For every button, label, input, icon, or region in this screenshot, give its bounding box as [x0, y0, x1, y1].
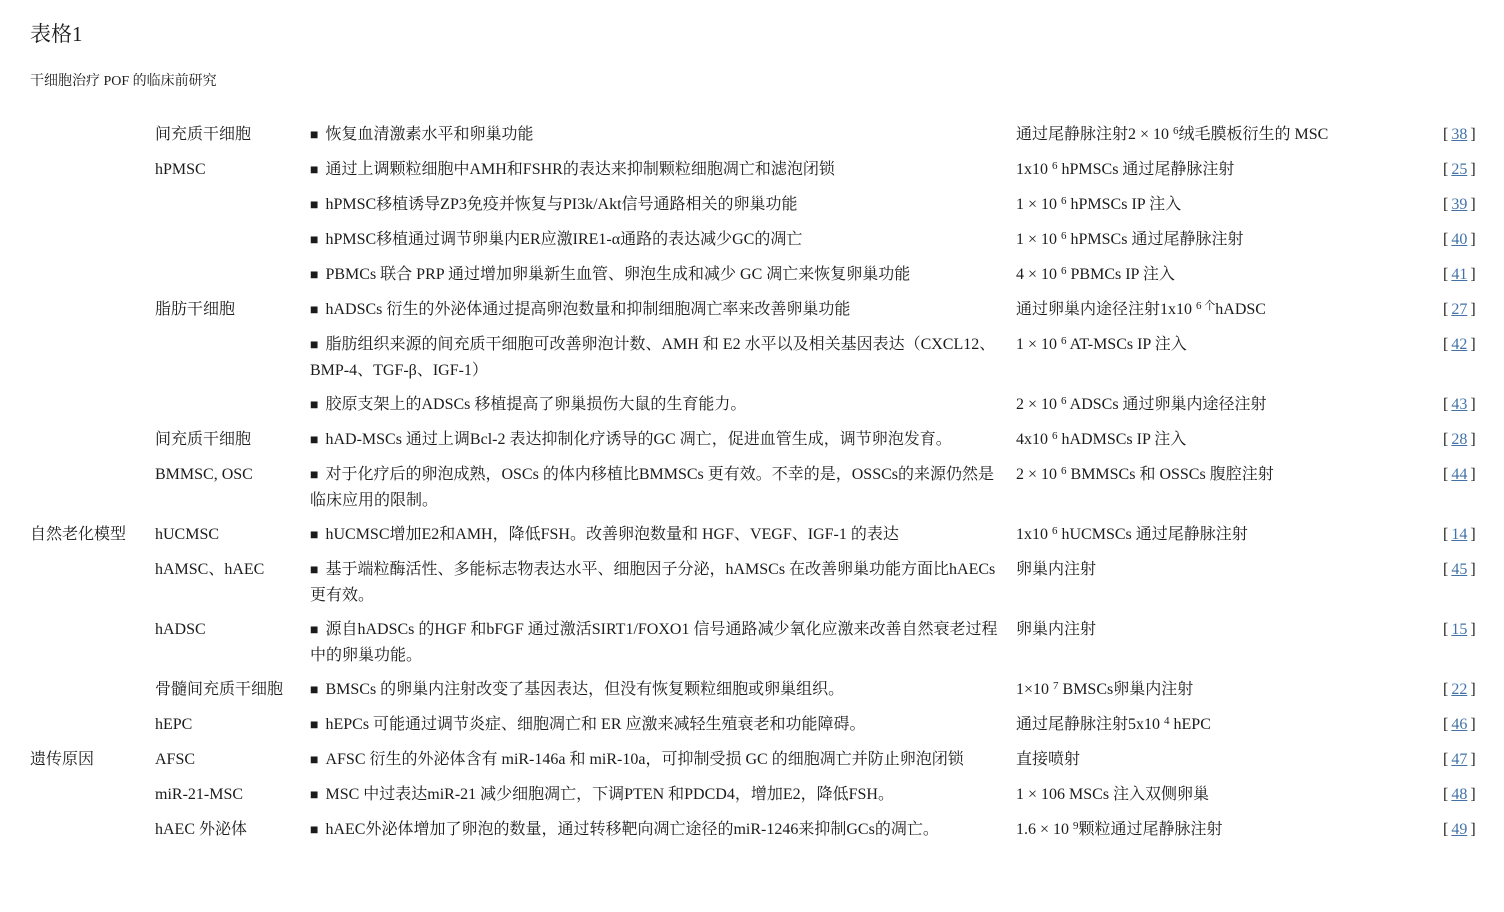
- finding-cell: ■源自hADSCs 的HGF 和bFGF 通过激活SIRT1/FOXO1 信号通…: [310, 617, 1016, 668]
- cell-type-cell: hEPC: [155, 712, 310, 737]
- reference-link[interactable]: 25: [1451, 161, 1467, 178]
- reference-close-bracket: ]: [1470, 466, 1475, 483]
- finding-cell: ■AFSC 衍生的外泌体含有 miR-146a 和 miR-10a，可抑制受损 …: [310, 747, 1016, 773]
- category-cell: [30, 427, 155, 452]
- reference-open-bracket: [: [1443, 431, 1448, 448]
- reference-cell: [47]: [1443, 747, 1504, 772]
- dosage-cell: 4 × 10 6 PBMCs IP 注入: [1016, 262, 1443, 287]
- table-row: 遗传原因 AFSC ■AFSC 衍生的外泌体含有 miR-146a 和 miR-…: [30, 747, 1504, 773]
- dosage-cell: 2 × 10 6 ADSCs 通过卵巢内途径注射: [1016, 392, 1443, 417]
- cell-type-cell: 脂肪干细胞: [155, 297, 310, 322]
- dosage-cell: 4x10 6 hADMSCs IP 注入: [1016, 427, 1443, 452]
- reference-open-bracket: [: [1443, 621, 1448, 638]
- reference-open-bracket: [: [1443, 266, 1448, 283]
- dosage-cell: 2 × 10 6 BMMSCs 和 OSSCs 腹腔注射: [1016, 462, 1443, 487]
- bullet-square-icon: ■: [310, 163, 318, 178]
- reference-cell: [25]: [1443, 157, 1504, 182]
- cell-type-cell: miR-21-MSC: [155, 782, 310, 807]
- category-cell: [30, 332, 155, 357]
- reference-link[interactable]: 48: [1451, 786, 1467, 803]
- finding-text: MSC 中过表达miR-21 减少细胞凋亡，下调PTEN 和PDCD4，增加E2…: [325, 786, 894, 803]
- bullet-square-icon: ■: [310, 528, 318, 543]
- table-row: BMMSC, OSC ■对于化疗后的卵泡成熟，OSCs 的体内移植比BMMSCs…: [30, 462, 1504, 513]
- reference-open-bracket: [: [1443, 196, 1448, 213]
- finding-text: hPMSC移植通过调节卵巢内ER应激IRE1-α通路的表达减少GC的凋亡: [325, 231, 802, 248]
- category-cell: [30, 392, 155, 417]
- bullet-square-icon: ■: [310, 433, 318, 448]
- bullet-square-icon: ■: [310, 718, 318, 733]
- reference-link[interactable]: 44: [1451, 466, 1467, 483]
- table-row: ■hPMSC移植诱导ZP3免疫并恢复与PI3k/Akt信号通路相关的卵巢功能 1…: [30, 192, 1504, 218]
- reference-cell: [14]: [1443, 522, 1504, 547]
- bullet-square-icon: ■: [310, 563, 318, 578]
- reference-cell: [48]: [1443, 782, 1504, 807]
- reference-close-bracket: ]: [1470, 751, 1475, 768]
- reference-close-bracket: ]: [1470, 301, 1475, 318]
- reference-cell: [38]: [1443, 122, 1504, 147]
- category-cell: [30, 817, 155, 842]
- table-row: hPMSC ■通过上调颗粒细胞中AMH和FSHR的表达来抑制颗粒细胞凋亡和滤泡闭…: [30, 157, 1504, 183]
- finding-cell: ■BMSCs 的卵巢内注射改变了基因表达，但没有恢复颗粒细胞或卵巢组织。: [310, 677, 1016, 703]
- bullet-square-icon: ■: [310, 268, 318, 283]
- reference-open-bracket: [: [1443, 786, 1448, 803]
- table-row: 间充质干细胞 ■hAD-MSCs 通过上调Bcl-2 表达抑制化疗诱导的GC 凋…: [30, 427, 1504, 453]
- reference-cell: [44]: [1443, 462, 1504, 487]
- reference-cell: [40]: [1443, 227, 1504, 252]
- finding-cell: ■基于端粒酶活性、多能标志物表达水平、细胞因子分泌，hAMSCs 在改善卵巢功能…: [310, 557, 1016, 608]
- finding-text: PBMCs 联合 PRP 通过增加卵巢新生血管、卵泡生成和减少 GC 凋亡来恢复…: [325, 266, 910, 283]
- category-cell: [30, 227, 155, 252]
- cell-type-cell: hADSC: [155, 617, 310, 642]
- finding-cell: ■MSC 中过表达miR-21 减少细胞凋亡，下调PTEN 和PDCD4，增加E…: [310, 782, 1016, 808]
- reference-link[interactable]: 40: [1451, 231, 1467, 248]
- table-row: 脂肪干细胞 ■hADSCs 衍生的外泌体通过提高卵泡数量和抑制细胞凋亡率来改善卵…: [30, 297, 1504, 323]
- reference-close-bracket: ]: [1470, 526, 1475, 543]
- category-cell: [30, 157, 155, 182]
- finding-cell: ■hAD-MSCs 通过上调Bcl-2 表达抑制化疗诱导的GC 凋亡，促进血管生…: [310, 427, 1016, 453]
- finding-text: 胶原支架上的ADSCs 移植提高了卵巢损伤大鼠的生育能力。: [325, 396, 746, 413]
- reference-close-bracket: ]: [1470, 561, 1475, 578]
- reference-cell: [39]: [1443, 192, 1504, 217]
- reference-close-bracket: ]: [1470, 716, 1475, 733]
- dosage-cell: 1x10 6 hPMSCs 通过尾静脉注射: [1016, 157, 1443, 182]
- dosage-cell: 1×10 7 BMSCs卵巢内注射: [1016, 677, 1443, 702]
- reference-link[interactable]: 49: [1451, 821, 1467, 838]
- bullet-square-icon: ■: [310, 233, 318, 248]
- reference-close-bracket: ]: [1470, 196, 1475, 213]
- dosage-cell: 直接喷射: [1016, 747, 1443, 772]
- reference-close-bracket: ]: [1470, 336, 1475, 353]
- cell-type-cell: [155, 192, 310, 217]
- reference-close-bracket: ]: [1470, 161, 1475, 178]
- cell-type-cell: 间充质干细胞: [155, 427, 310, 452]
- reference-open-bracket: [: [1443, 681, 1448, 698]
- finding-text: 基于端粒酶活性、多能标志物表达水平、细胞因子分泌，hAMSCs 在改善卵巢功能方…: [310, 561, 995, 604]
- reference-link[interactable]: 43: [1451, 396, 1467, 413]
- finding-cell: ■hAEC外泌体增加了卵泡的数量，通过转移靶向凋亡途径的miR-1246来抑制G…: [310, 817, 1016, 843]
- table-caption: 干细胞治疗 POF 的临床前研究: [30, 73, 1504, 91]
- finding-cell: ■胶原支架上的ADSCs 移植提高了卵巢损伤大鼠的生育能力。: [310, 392, 1016, 418]
- bullet-square-icon: ■: [310, 338, 318, 353]
- dosage-cell: 1 × 10 6 AT-MSCs IP 注入: [1016, 332, 1443, 357]
- table-row: hAMSC、hAEC ■基于端粒酶活性、多能标志物表达水平、细胞因子分泌，hAM…: [30, 557, 1504, 608]
- reference-close-bracket: ]: [1470, 821, 1475, 838]
- reference-link[interactable]: 15: [1451, 621, 1467, 638]
- reference-link[interactable]: 28: [1451, 431, 1467, 448]
- finding-text: 通过上调颗粒细胞中AMH和FSHR的表达来抑制颗粒细胞凋亡和滤泡闭锁: [325, 161, 834, 178]
- reference-link[interactable]: 45: [1451, 561, 1467, 578]
- reference-link[interactable]: 22: [1451, 681, 1467, 698]
- reference-cell: [42]: [1443, 332, 1504, 357]
- finding-cell: ■hPMSC移植通过调节卵巢内ER应激IRE1-α通路的表达减少GC的凋亡: [310, 227, 1016, 253]
- finding-cell: ■通过上调颗粒细胞中AMH和FSHR的表达来抑制颗粒细胞凋亡和滤泡闭锁: [310, 157, 1016, 183]
- table-row: hAEC 外泌体 ■hAEC外泌体增加了卵泡的数量，通过转移靶向凋亡途径的miR…: [30, 817, 1504, 843]
- bullet-square-icon: ■: [310, 753, 318, 768]
- finding-text: hEPCs 可能通过调节炎症、细胞凋亡和 ER 应激来减轻生殖衰老和功能障碍。: [325, 716, 865, 733]
- reference-close-bracket: ]: [1470, 266, 1475, 283]
- preclinical-table: 间充质干细胞 ■恢复血清激素水平和卵巢功能 通过尾静脉注射2 × 10 6绒毛膜…: [30, 122, 1504, 843]
- cell-type-cell: 间充质干细胞: [155, 122, 310, 147]
- table-title: 表格1: [30, 20, 1504, 48]
- reference-cell: [22]: [1443, 677, 1504, 702]
- cell-type-cell: AFSC: [155, 747, 310, 772]
- reference-open-bracket: [: [1443, 561, 1448, 578]
- finding-text: hPMSC移植诱导ZP3免疫并恢复与PI3k/Akt信号通路相关的卵巢功能: [325, 196, 797, 213]
- cell-type-cell: hPMSC: [155, 157, 310, 182]
- cell-type-cell: 骨髓间充质干细胞: [155, 677, 310, 702]
- bullet-square-icon: ■: [310, 128, 318, 143]
- cell-type-cell: hUCMSC: [155, 522, 310, 547]
- reference-open-bracket: [: [1443, 526, 1448, 543]
- reference-cell: [28]: [1443, 427, 1504, 452]
- dosage-cell: 通过尾静脉注射5x10 4 hEPC: [1016, 712, 1443, 737]
- reference-link[interactable]: 27: [1451, 301, 1467, 318]
- category-cell: [30, 192, 155, 217]
- table-row: 间充质干细胞 ■恢复血清激素水平和卵巢功能 通过尾静脉注射2 × 10 6绒毛膜…: [30, 122, 1504, 148]
- reference-link[interactable]: 47: [1451, 751, 1467, 768]
- finding-text: 脂肪组织来源的间充质干细胞可改善卵泡计数、AMH 和 E2 水平以及相关基因表达…: [310, 336, 995, 379]
- category-cell: 自然老化模型: [30, 522, 155, 547]
- category-cell: [30, 262, 155, 287]
- cell-type-cell: BMMSC, OSC: [155, 462, 310, 487]
- cell-type-cell: hAEC 外泌体: [155, 817, 310, 842]
- bullet-square-icon: ■: [310, 788, 318, 803]
- reference-link[interactable]: 39: [1451, 196, 1467, 213]
- reference-cell: [41]: [1443, 262, 1504, 287]
- dosage-cell: 1.6 × 10 9颗粒通过尾静脉注射: [1016, 817, 1443, 842]
- table-row: 骨髓间充质干细胞 ■BMSCs 的卵巢内注射改变了基因表达，但没有恢复颗粒细胞或…: [30, 677, 1504, 703]
- cell-type-cell: [155, 392, 310, 417]
- reference-close-bracket: ]: [1470, 126, 1475, 143]
- reference-cell: [46]: [1443, 712, 1504, 737]
- reference-open-bracket: [: [1443, 716, 1448, 733]
- bullet-square-icon: ■: [310, 823, 318, 838]
- paper-page: 表格1 干细胞治疗 POF 的临床前研究 间充质干细胞 ■恢复血清激素水平和卵巢…: [0, 0, 1504, 912]
- reference-cell: [45]: [1443, 557, 1504, 582]
- reference-link[interactable]: 14: [1451, 526, 1467, 543]
- finding-text: 对于化疗后的卵泡成熟，OSCs 的体内移植比BMMSCs 更有效。不幸的是，OS…: [310, 466, 994, 509]
- reference-open-bracket: [: [1443, 751, 1448, 768]
- dosage-cell: 通过卵巢内途径注射1x10 6 个hADSC: [1016, 297, 1443, 322]
- category-cell: [30, 557, 155, 582]
- reference-open-bracket: [: [1443, 161, 1448, 178]
- dosage-cell: 卵巢内注射: [1016, 617, 1443, 642]
- cell-type-cell: [155, 262, 310, 287]
- finding-text: BMSCs 的卵巢内注射改变了基因表达，但没有恢复颗粒细胞或卵巢组织。: [325, 681, 844, 698]
- category-cell: [30, 677, 155, 702]
- finding-cell: ■hEPCs 可能通过调节炎症、细胞凋亡和 ER 应激来减轻生殖衰老和功能障碍。: [310, 712, 1016, 738]
- table-row: miR-21-MSC ■MSC 中过表达miR-21 减少细胞凋亡，下调PTEN…: [30, 782, 1504, 808]
- dosage-cell: 卵巢内注射: [1016, 557, 1443, 582]
- finding-cell: ■PBMCs 联合 PRP 通过增加卵巢新生血管、卵泡生成和减少 GC 凋亡来恢…: [310, 262, 1016, 288]
- reference-close-bracket: ]: [1470, 786, 1475, 803]
- reference-cell: [43]: [1443, 392, 1504, 417]
- finding-cell: ■脂肪组织来源的间充质干细胞可改善卵泡计数、AMH 和 E2 水平以及相关基因表…: [310, 332, 1016, 383]
- reference-open-bracket: [: [1443, 396, 1448, 413]
- category-cell: [30, 617, 155, 642]
- category-cell: [30, 462, 155, 487]
- reference-cell: [49]: [1443, 817, 1504, 842]
- reference-link[interactable]: 38: [1451, 126, 1467, 143]
- finding-text: hAEC外泌体增加了卵泡的数量，通过转移靶向凋亡途径的miR-1246来抑制GC…: [325, 821, 938, 838]
- bullet-square-icon: ■: [310, 198, 318, 213]
- reference-close-bracket: ]: [1470, 621, 1475, 638]
- reference-open-bracket: [: [1443, 821, 1448, 838]
- reference-open-bracket: [: [1443, 126, 1448, 143]
- bullet-square-icon: ■: [310, 623, 318, 638]
- reference-link[interactable]: 42: [1451, 336, 1467, 353]
- reference-link[interactable]: 41: [1451, 266, 1467, 283]
- table-row: ■脂肪组织来源的间充质干细胞可改善卵泡计数、AMH 和 E2 水平以及相关基因表…: [30, 332, 1504, 383]
- finding-cell: ■对于化疗后的卵泡成熟，OSCs 的体内移植比BMMSCs 更有效。不幸的是，O…: [310, 462, 1016, 513]
- finding-cell: ■恢复血清激素水平和卵巢功能: [310, 122, 1016, 148]
- table-row: ■胶原支架上的ADSCs 移植提高了卵巢损伤大鼠的生育能力。 2 × 10 6 …: [30, 392, 1504, 418]
- finding-text: 恢复血清激素水平和卵巢功能: [325, 126, 533, 143]
- finding-text: 源自hADSCs 的HGF 和bFGF 通过激活SIRT1/FOXO1 信号通路…: [310, 621, 997, 664]
- table-row: hEPC ■hEPCs 可能通过调节炎症、细胞凋亡和 ER 应激来减轻生殖衰老和…: [30, 712, 1504, 738]
- cell-type-cell: [155, 332, 310, 357]
- dosage-cell: 1x10 6 hUCMSCs 通过尾静脉注射: [1016, 522, 1443, 547]
- category-cell: [30, 297, 155, 322]
- reference-cell: [15]: [1443, 617, 1504, 642]
- finding-text: hAD-MSCs 通过上调Bcl-2 表达抑制化疗诱导的GC 凋亡，促进血管生成…: [325, 431, 951, 448]
- finding-text: hUCMSC增加E2和AMH，降低FSH。改善卵泡数量和 HGF、VEGF、IG…: [325, 526, 898, 543]
- dosage-cell: 1 × 10 6 hPMSCs 通过尾静脉注射: [1016, 227, 1443, 252]
- reference-open-bracket: [: [1443, 466, 1448, 483]
- reference-open-bracket: [: [1443, 336, 1448, 353]
- reference-link[interactable]: 46: [1451, 716, 1467, 733]
- bullet-square-icon: ■: [310, 468, 318, 483]
- table-row: 自然老化模型 hUCMSC ■hUCMSC增加E2和AMH，降低FSH。改善卵泡…: [30, 522, 1504, 548]
- finding-cell: ■hPMSC移植诱导ZP3免疫并恢复与PI3k/Akt信号通路相关的卵巢功能: [310, 192, 1016, 218]
- bullet-square-icon: ■: [310, 398, 318, 413]
- category-cell: [30, 122, 155, 147]
- finding-cell: ■hUCMSC增加E2和AMH，降低FSH。改善卵泡数量和 HGF、VEGF、I…: [310, 522, 1016, 548]
- dosage-cell: 通过尾静脉注射2 × 10 6绒毛膜板衍生的 MSC: [1016, 122, 1443, 147]
- reference-open-bracket: [: [1443, 231, 1448, 248]
- category-cell: [30, 712, 155, 737]
- finding-cell: ■hADSCs 衍生的外泌体通过提高卵泡数量和抑制细胞凋亡率来改善卵巢功能: [310, 297, 1016, 323]
- reference-close-bracket: ]: [1470, 431, 1475, 448]
- cell-type-cell: hAMSC、hAEC: [155, 557, 310, 582]
- dosage-cell: 1 × 106 MSCs 注入双侧卵巢: [1016, 782, 1443, 807]
- cell-type-cell: [155, 227, 310, 252]
- bullet-square-icon: ■: [310, 303, 318, 318]
- reference-open-bracket: [: [1443, 301, 1448, 318]
- reference-close-bracket: ]: [1470, 681, 1475, 698]
- reference-close-bracket: ]: [1470, 231, 1475, 248]
- bullet-square-icon: ■: [310, 683, 318, 698]
- category-cell: 遗传原因: [30, 747, 155, 772]
- table-row: ■hPMSC移植通过调节卵巢内ER应激IRE1-α通路的表达减少GC的凋亡 1 …: [30, 227, 1504, 253]
- category-cell: [30, 782, 155, 807]
- reference-cell: [27]: [1443, 297, 1504, 322]
- table-row: hADSC ■源自hADSCs 的HGF 和bFGF 通过激活SIRT1/FOX…: [30, 617, 1504, 668]
- reference-close-bracket: ]: [1470, 396, 1475, 413]
- finding-text: AFSC 衍生的外泌体含有 miR-146a 和 miR-10a，可抑制受损 G…: [325, 751, 963, 768]
- finding-text: hADSCs 衍生的外泌体通过提高卵泡数量和抑制细胞凋亡率来改善卵巢功能: [325, 301, 850, 318]
- table-row: ■PBMCs 联合 PRP 通过增加卵巢新生血管、卵泡生成和减少 GC 凋亡来恢…: [30, 262, 1504, 288]
- dosage-cell: 1 × 10 6 hPMSCs IP 注入: [1016, 192, 1443, 217]
